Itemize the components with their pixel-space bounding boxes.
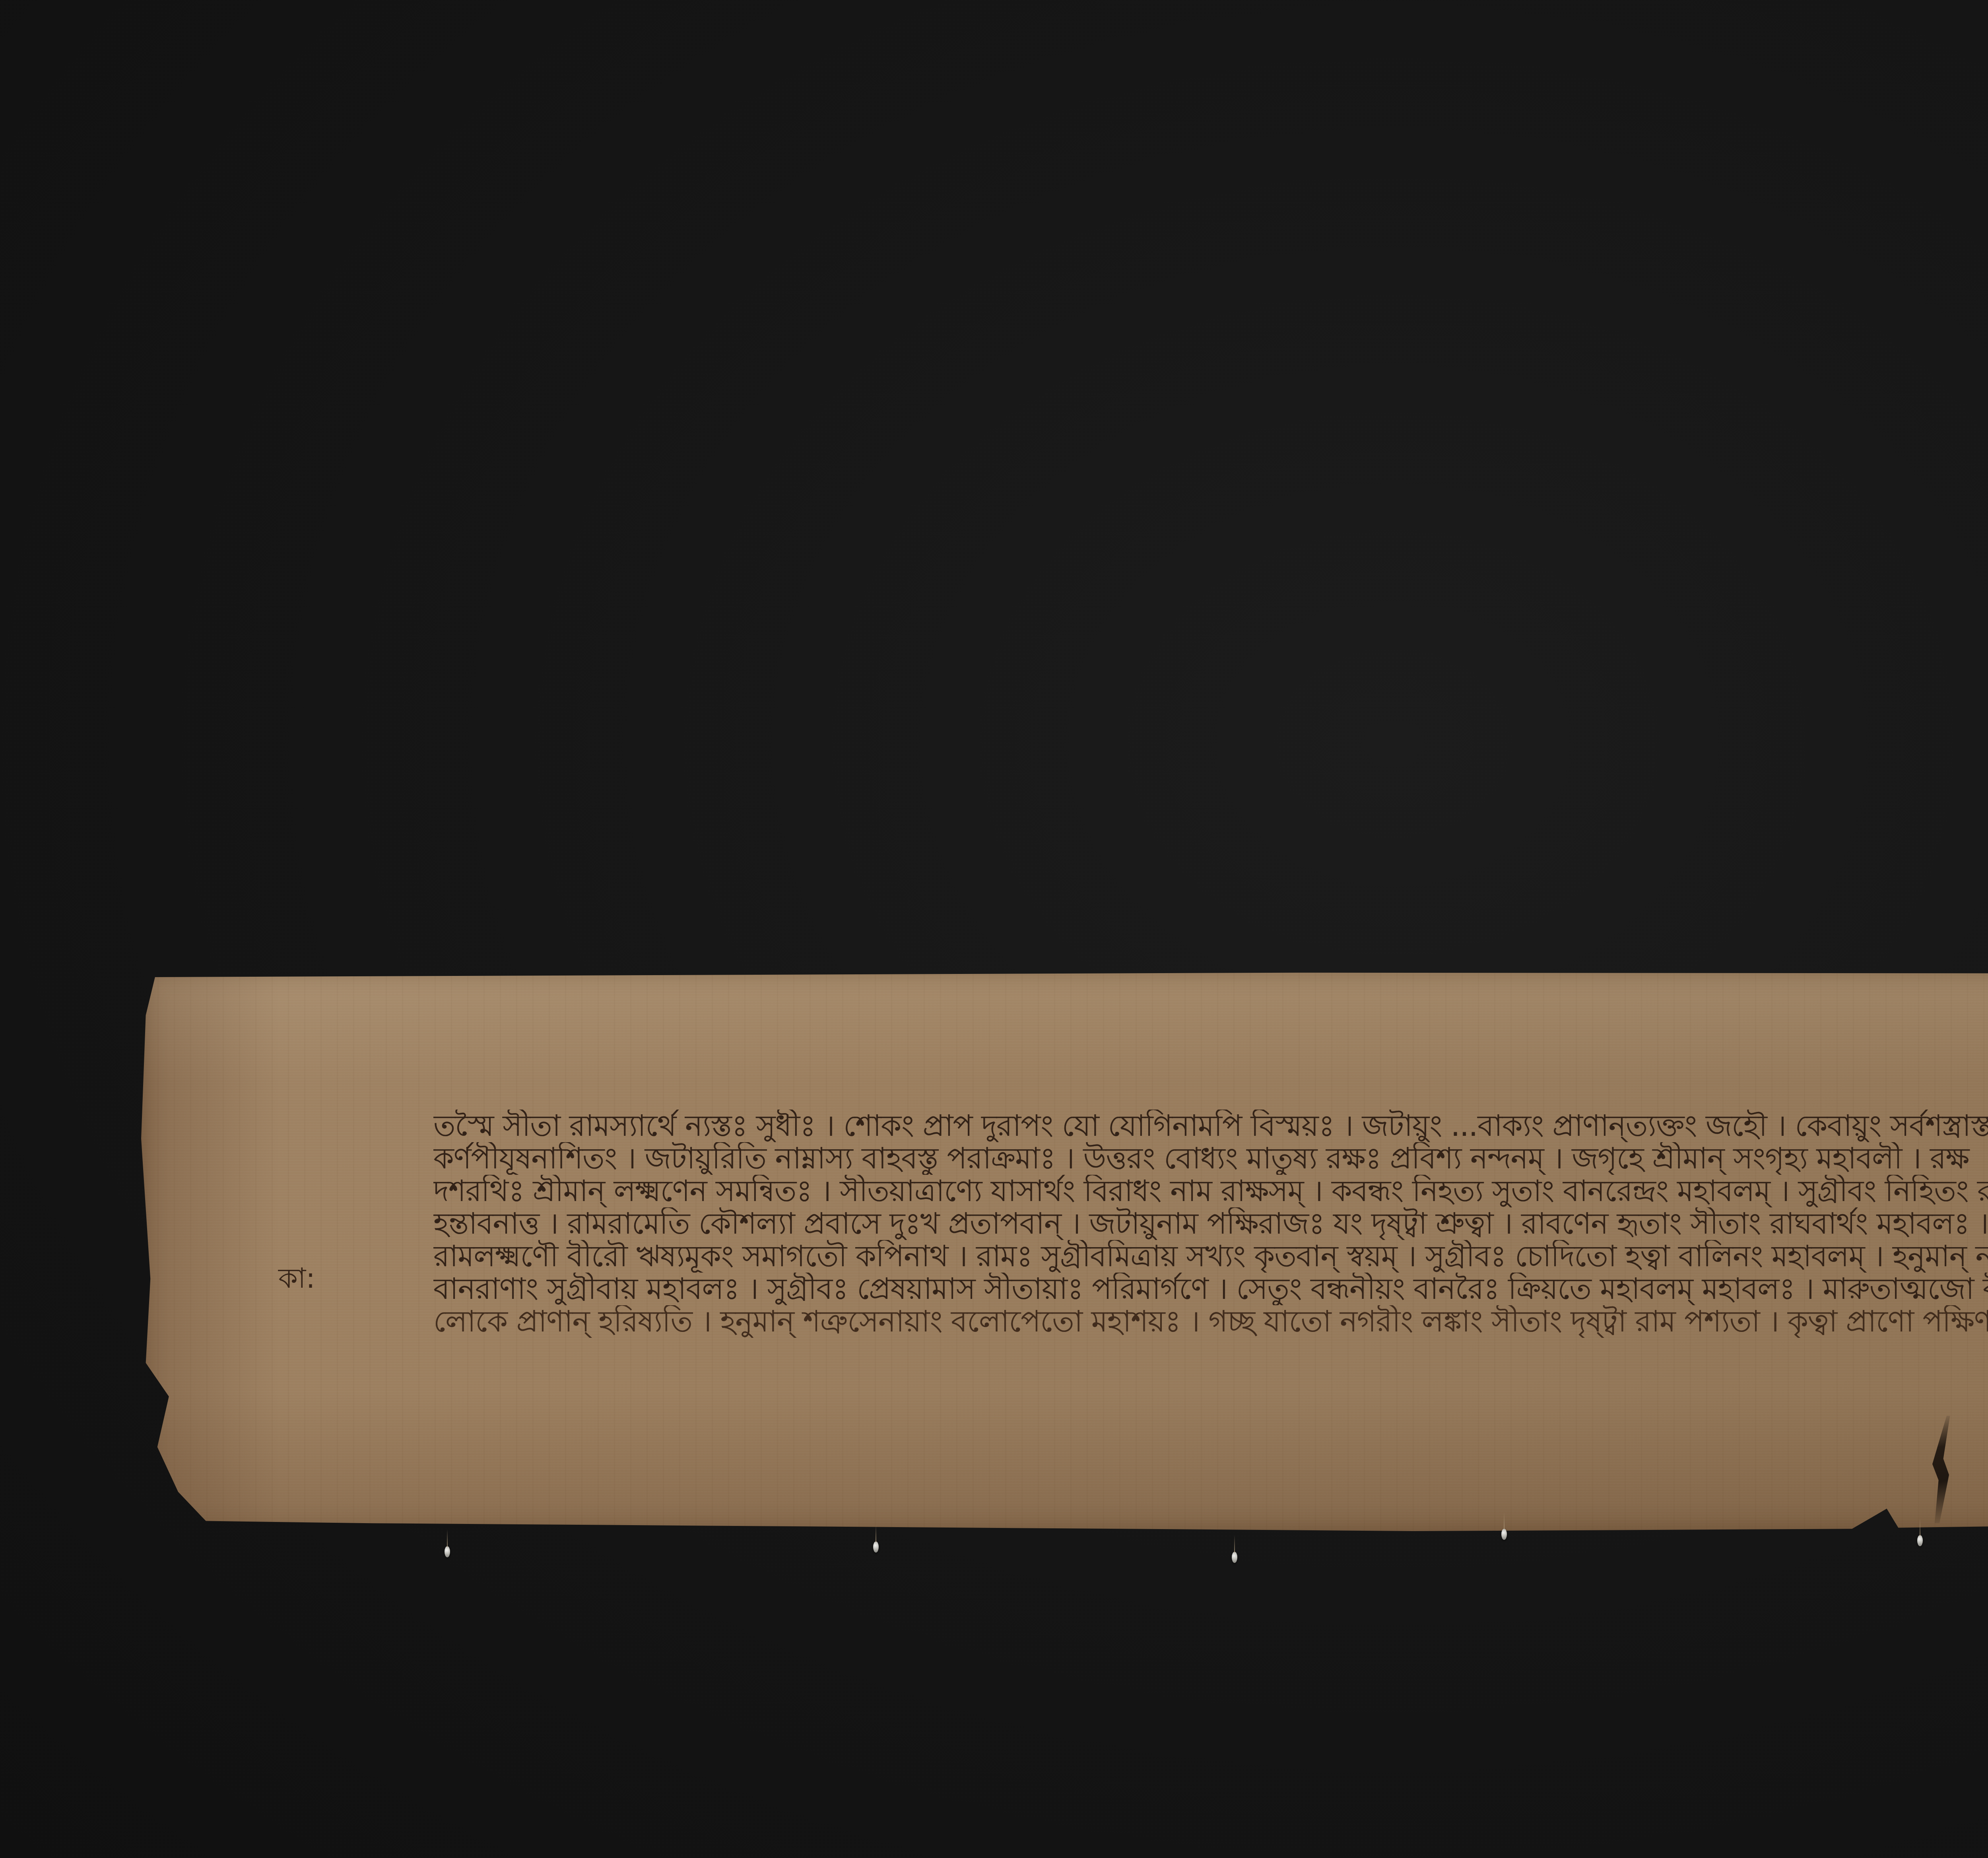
text-line: কর্ণপীযূষনাশিতং । জটায়ুরিতি নাম্নাস্য ব… — [433, 1142, 1988, 1175]
text-line: বানরাণাং সুগ্রীবায় মহাবলঃ । সুগ্রীবঃ প্… — [433, 1273, 1988, 1305]
pin-icon — [1501, 1529, 1507, 1540]
text-line: দশরথিঃ শ্রীমান্‌ লক্ষ্মণেন সমন্বিতঃ । সী… — [433, 1175, 1988, 1207]
pin-icon — [445, 1546, 450, 1557]
pin-icon — [873, 1541, 879, 1553]
margin-mark-left: কা: — [278, 1257, 315, 1303]
text-line: লোকে প্রাণান্‌ হরিষ্যতি । হনুমান্‌ শত্রু… — [433, 1305, 1988, 1338]
text-line: হন্তাবনাত্ত । রামরামেতি কৌশল্যা প্রবাসে … — [433, 1207, 1988, 1240]
text-line: তস্মৈ সীতা রামস্যার্থে ন্যস্তঃ সুধীঃ । শ… — [433, 1110, 1988, 1142]
text-line: রামলক্ষ্মণৌ বীরৌ ঋষ্যমূকং সমাগতৌ কপিনাথ … — [433, 1240, 1988, 1273]
pin-icon — [1232, 1552, 1237, 1563]
pin-icon — [1917, 1535, 1923, 1546]
manuscript-text: তস্মৈ সীতা রামস্যার্থে ন্যস্তঃ সুধীঃ । শ… — [433, 1110, 1988, 1338]
